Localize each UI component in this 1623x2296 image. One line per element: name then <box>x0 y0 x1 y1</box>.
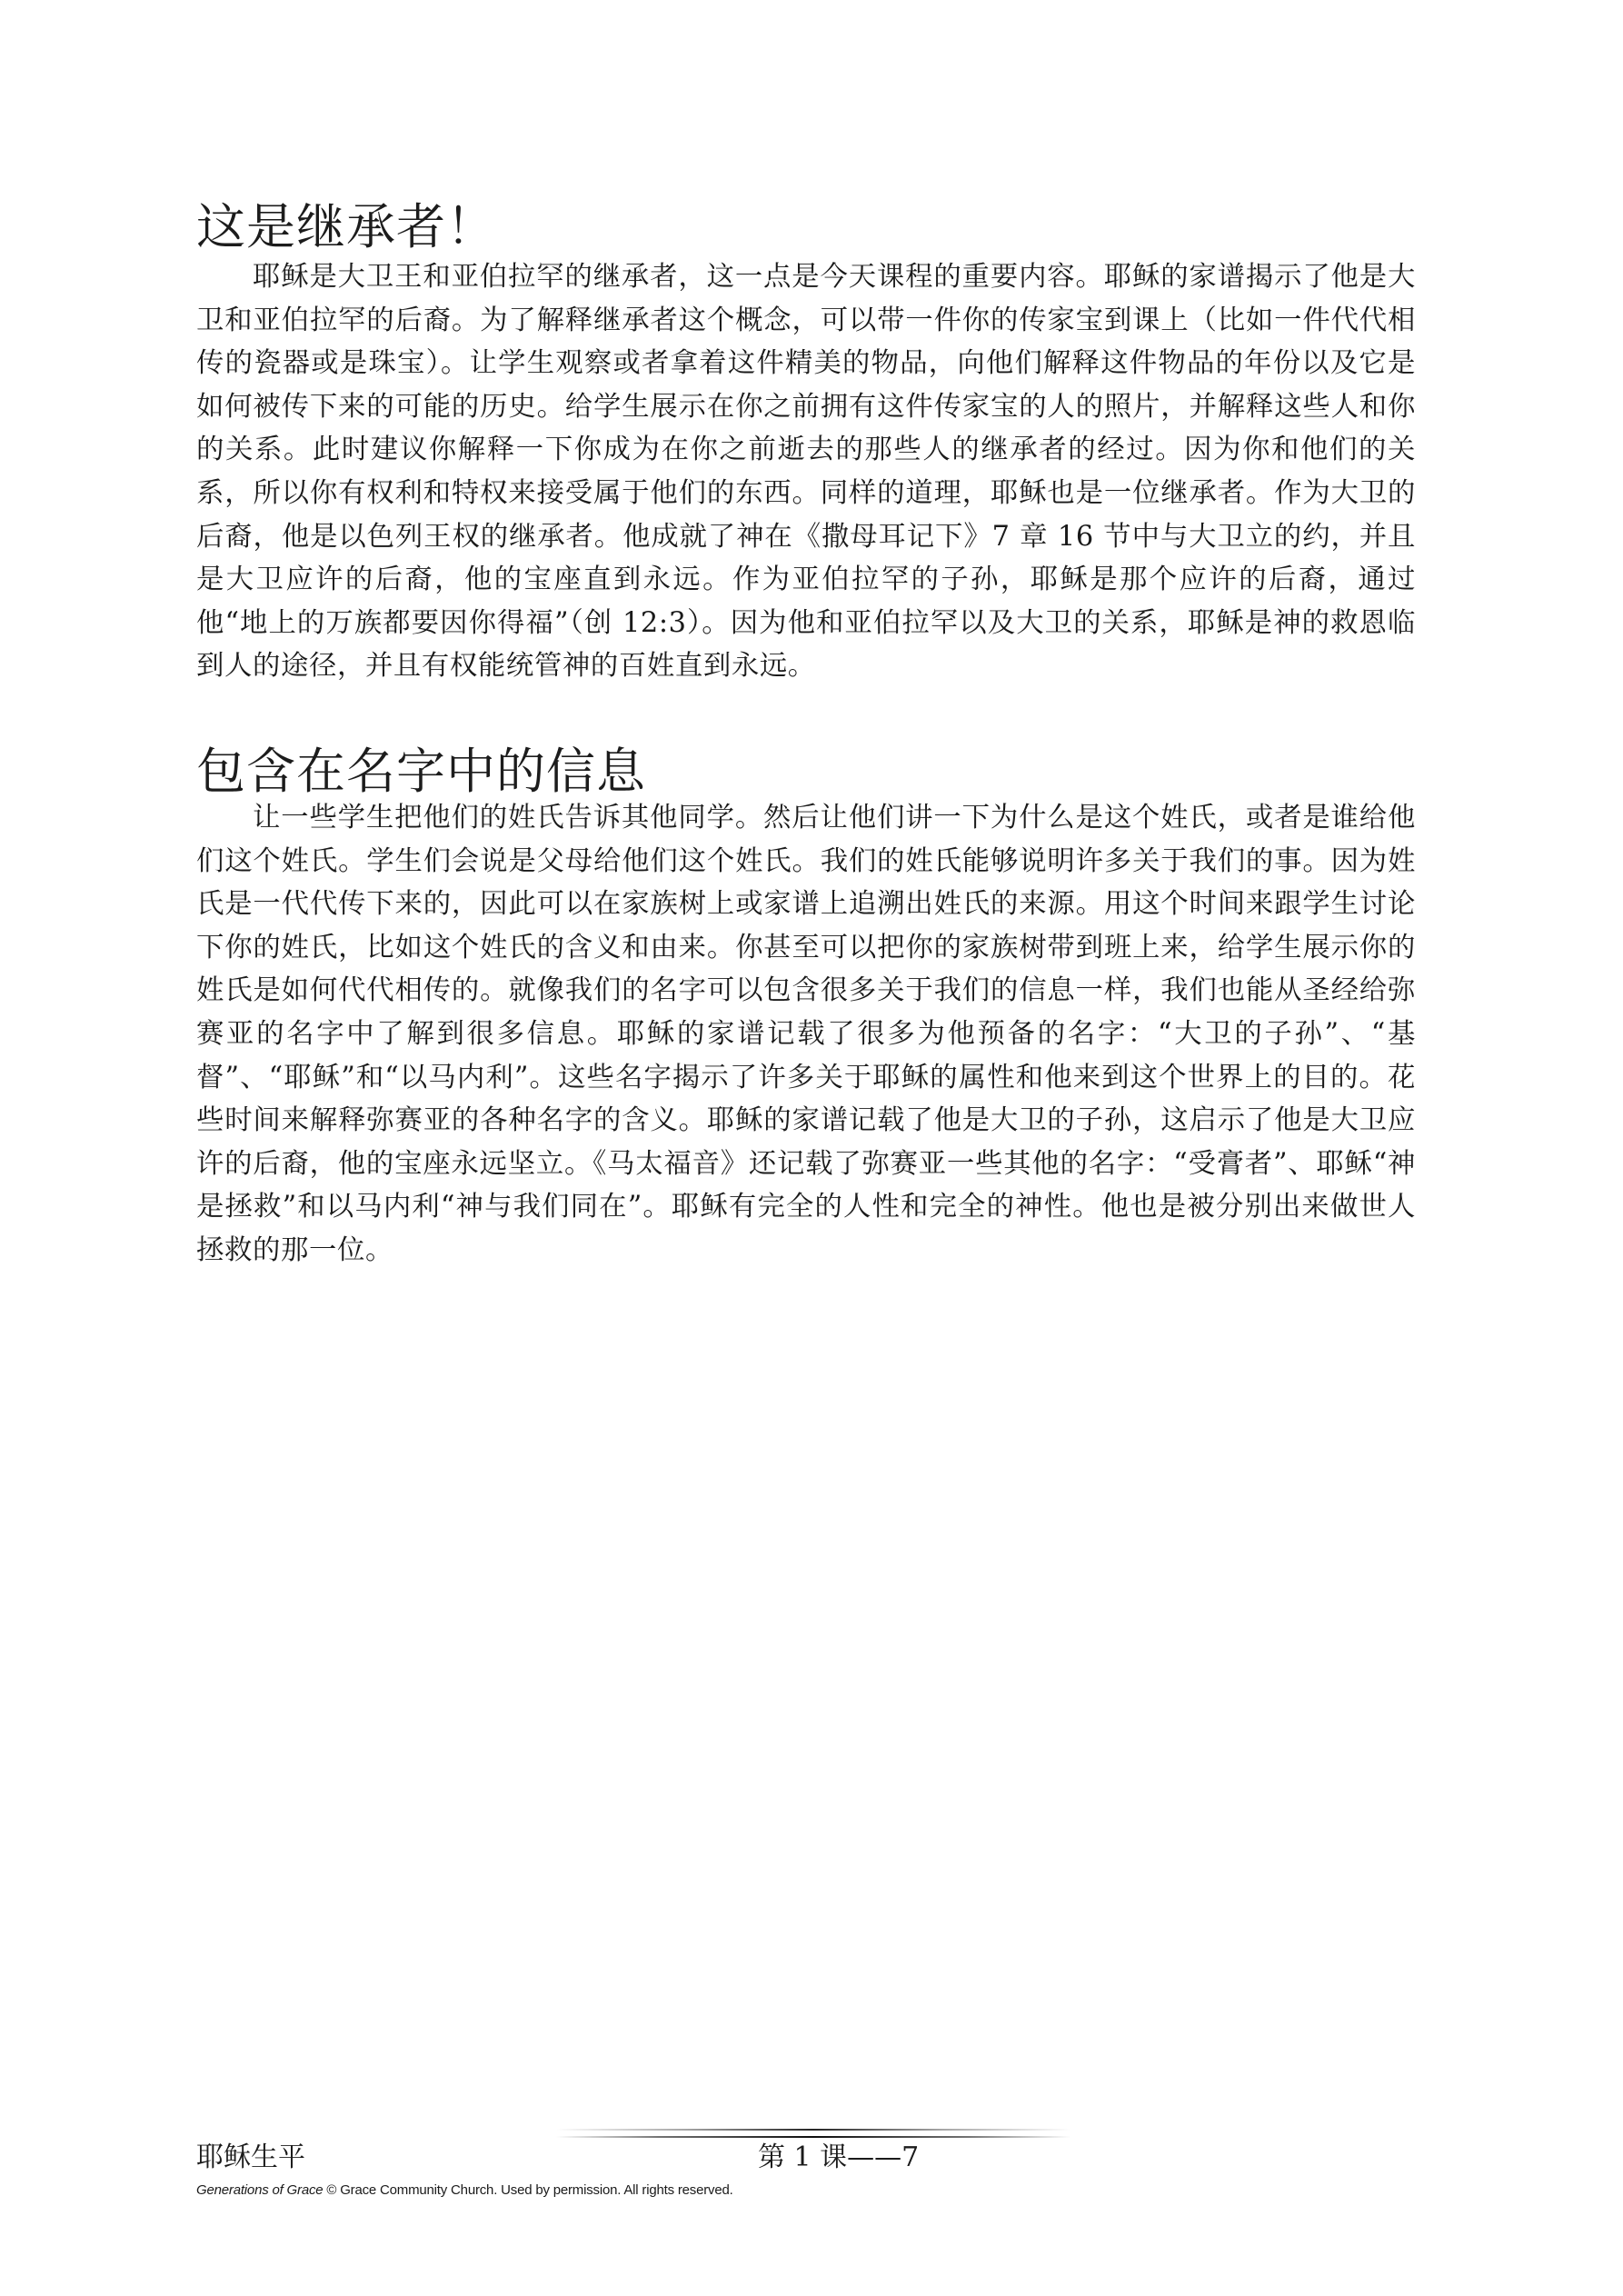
footer-divider-top <box>556 2129 1070 2131</box>
footer-credit-text: © Grace Community Church. Used by permis… <box>323 2182 732 2198</box>
footer-book-title: 耶稣生平 <box>196 2140 305 2176</box>
footer-copyright: Generations of Grace © Grace Community C… <box>196 2181 733 2200</box>
section-paragraph-names: 让一些学生把他们的姓氏告诉其他同学。然后让他们讲一下为什么是这个姓氏，或者是谁给… <box>196 796 1416 1273</box>
section-paragraph-heir: 耶稣是大卫王和亚伯拉罕的继承者，这一点是今天课程的重要内容。耶稣的家谱揭示了他是… <box>196 255 1416 688</box>
footer-page-number: 第 1 课——7 <box>758 2140 919 2176</box>
section-title-names: 包含在名字中的信息 <box>196 743 646 801</box>
section-title-heir: 这是继承者！ <box>196 198 496 256</box>
footer-credit-book-title: Generations of Grace <box>196 2182 323 2198</box>
footer-divider-bottom <box>556 2136 1070 2138</box>
